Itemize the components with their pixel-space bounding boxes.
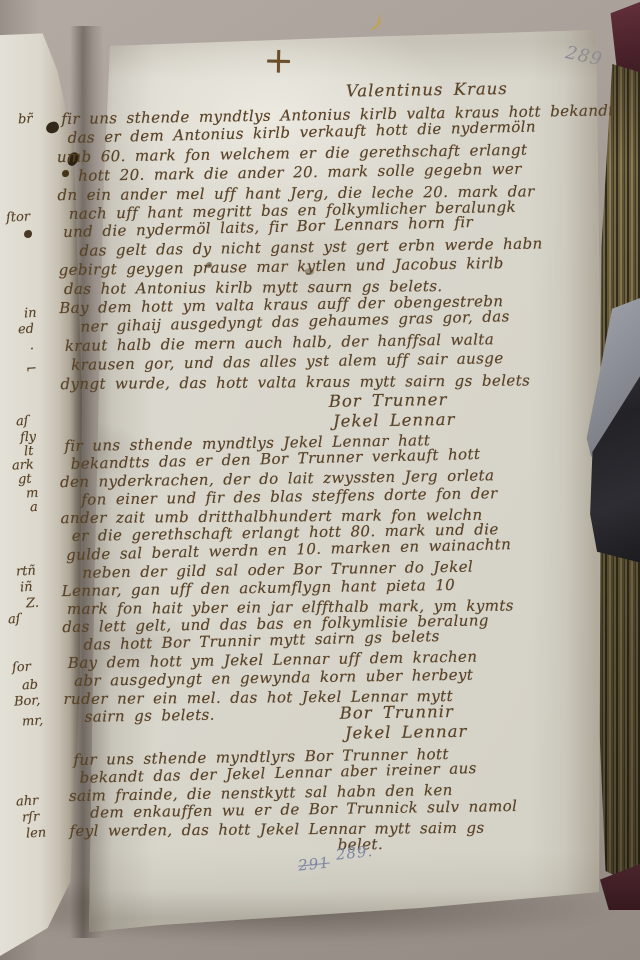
entry-text-valentinus-kraus: fir uns sthende myndtlys Antonius kirlb … — [56, 101, 619, 393]
bookmark — [582, 298, 640, 568]
entry-heading-bor-trunnir: Bor Trunnir — [340, 702, 454, 723]
folio-number-crossed-out: 291 — [297, 853, 330, 874]
entry-text-bor-trunnir: fur uns sthende myndtlyrs Bor Trunner ho… — [68, 745, 518, 859]
entry-heading-jekel-lennar: Jekel Lennar — [333, 410, 456, 431]
folio-number-pencil: 289 — [564, 42, 605, 70]
manuscript-text-line: feyl werden, das hott Jekel Lennar mytt … — [69, 820, 517, 841]
manuscript-photo: br̃ſtorined·⌐aſflyltarkgtmartñiñZ.aſſora… — [0, 0, 640, 960]
manuscript-text-line: mark fon hait yber ein jar elffthalb mar… — [67, 596, 514, 618]
entry-text-bor-trunner: fir uns sthende myndtlys Jekel Lennar ha… — [59, 430, 515, 727]
entry-heading-valentinus-kraus: Valentinus Kraus — [346, 79, 508, 101]
cross-mark: + — [263, 40, 294, 82]
entry-heading-jekel-lennar-2: Jekel Lennar — [345, 722, 468, 743]
manuscript-text-line: dn ein ander mel uff hant Jerg, die lech… — [57, 181, 616, 204]
handwriting-layer: + 289 Valentinus Kraus fir uns sthende m… — [0, 0, 640, 960]
manuscript-text-line: dyngt wurde, das hott valta kraus mytt s… — [60, 370, 619, 393]
entry-heading-bor-trunner: Bor Trunner — [329, 390, 448, 411]
folio-number-current: 289. — [335, 842, 374, 864]
